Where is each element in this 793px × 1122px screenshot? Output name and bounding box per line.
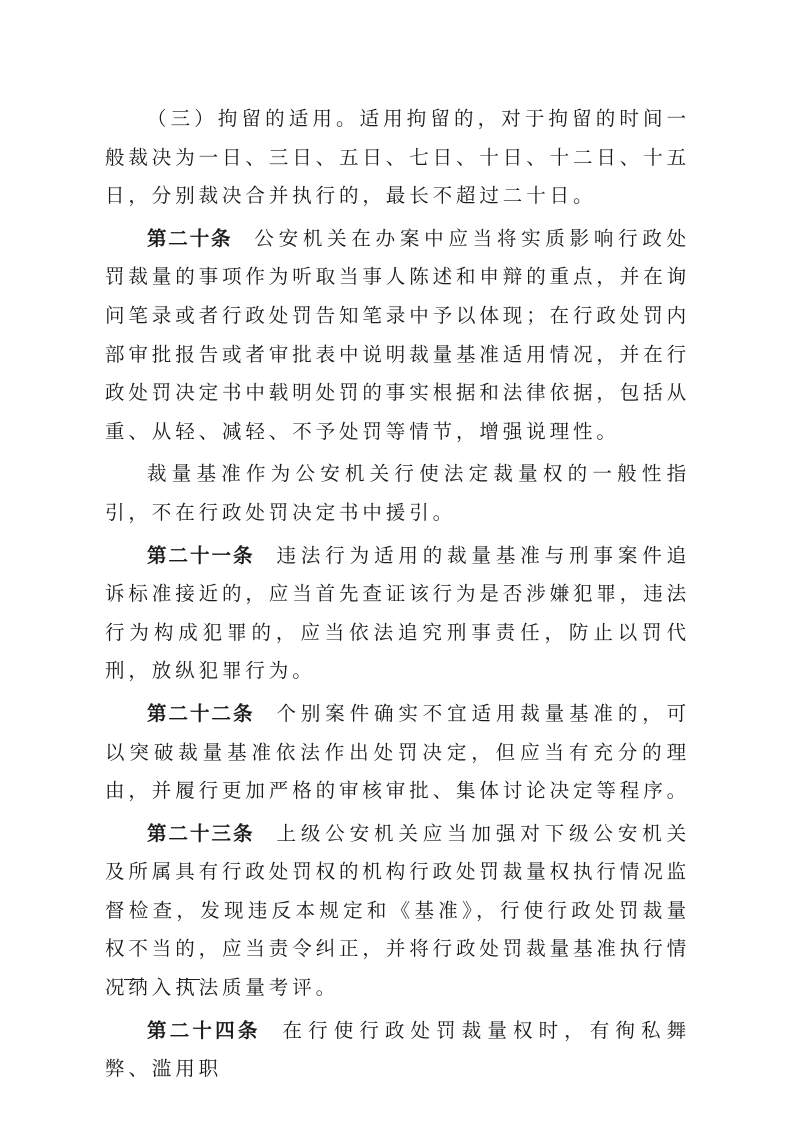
document-body: （三）拘留的适用。适用拘留的，对于拘留的时间一般裁决为一日、三日、五日、七日、十… xyxy=(105,100,690,1089)
footer-dash-right xyxy=(180,979,200,980)
paragraph-text: （三）拘留的适用。适用拘留的，对于拘留的时间一般裁决为一日、三日、五日、七日、十… xyxy=(105,107,690,207)
paragraph-discretion-guidance: 裁量基准作为公安机关行使法定裁量权的一般性指引，不在行政处罚决定书中援引。 xyxy=(105,455,690,532)
paragraph-text: 裁量基准作为公安机关行使法定裁量权的一般性指引，不在行政处罚决定书中援引。 xyxy=(105,462,690,524)
article-21: 第二十一条违法行为适用的裁量基准与刑事案件追诉标准接近的，应当首先查证该行为是否… xyxy=(105,537,690,691)
page-footer xyxy=(124,970,224,990)
article-heading: 第二十一条 xyxy=(147,544,254,567)
paragraph-detention: （三）拘留的适用。适用拘留的，对于拘留的时间一般裁决为一日、三日、五日、七日、十… xyxy=(105,100,690,216)
article-heading: 第二十二条 xyxy=(147,702,254,725)
article-heading: 第二十条 xyxy=(147,227,232,250)
article-20: 第二十条公安机关在办案中应当将实质影响行政处罚裁量的事项作为听取当事人陈述和申辩… xyxy=(105,220,690,452)
footer-dash-left xyxy=(124,979,144,980)
article-heading: 第二十三条 xyxy=(147,822,254,845)
article-text: 公安机关在办案中应当将实质影响行政处罚裁量的事项作为听取当事人陈述和申辩的重点，… xyxy=(105,227,690,443)
article-heading: 第二十四条 xyxy=(147,1019,261,1042)
article-22: 第二十二条个别案件确实不宜适用裁量基准的，可以突破裁量基准依法作出处罚决定，但应… xyxy=(105,695,690,811)
article-24: 第二十四条在行使行政处罚裁量权时，有徇私舞弊、滥用职 xyxy=(105,1012,690,1089)
